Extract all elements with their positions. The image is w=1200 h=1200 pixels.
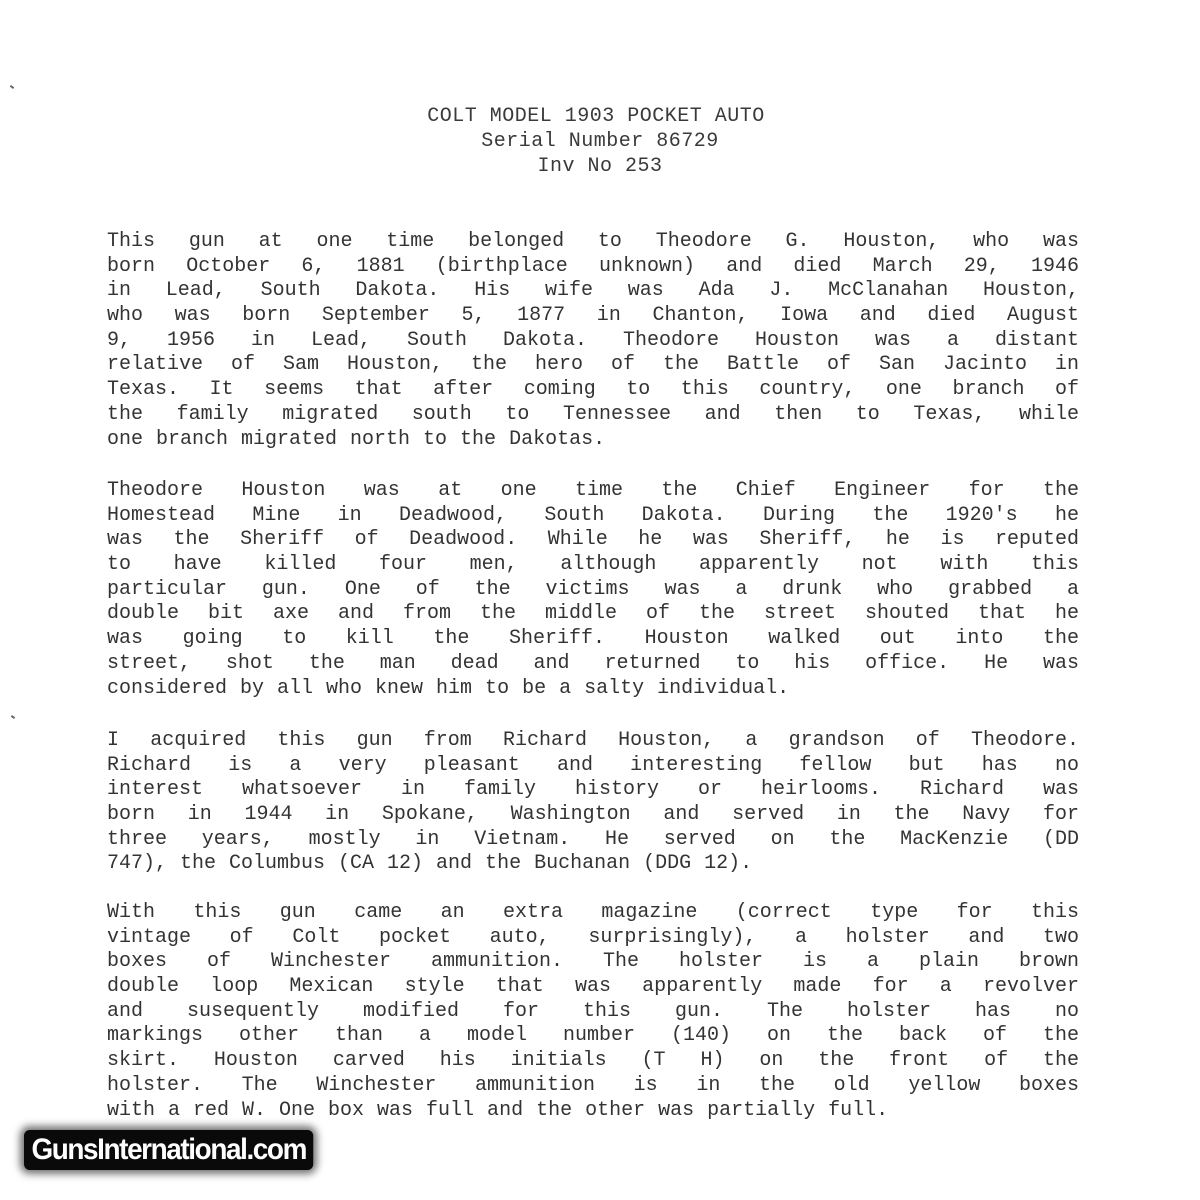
serial-number: Serial Number 86729 bbox=[0, 129, 1200, 154]
scan-speck bbox=[10, 85, 14, 89]
text-line: born in 1944 in Spokane, Washington and … bbox=[107, 803, 1079, 828]
text-line: double bit axe and from the middle of th… bbox=[107, 602, 1079, 627]
text-line: Theodore Houston was at one time the Chi… bbox=[107, 479, 1079, 504]
text-line: 9, 1956 in Lead, South Dakota. Theodore … bbox=[107, 329, 1079, 354]
text-line: particular gun. One of the victims was a… bbox=[107, 578, 1079, 603]
text-line: Texas. It seems that after coming to thi… bbox=[107, 378, 1079, 403]
text-line: markings other than a model number (140)… bbox=[107, 1024, 1079, 1049]
gunsinternational-watermark-logo: GunsInternational.com bbox=[24, 1130, 313, 1170]
text-line: the family migrated south to Tennessee a… bbox=[107, 403, 1079, 428]
text-line: was going to kill the Sheriff. Houston w… bbox=[107, 627, 1079, 652]
text-line: one branch migrated north to the Dakotas… bbox=[107, 428, 1079, 453]
text-line: interest whatsoever in family history or… bbox=[107, 778, 1079, 803]
document-title: COLT MODEL 1903 POCKET AUTO bbox=[0, 104, 1200, 129]
text-line: three years, mostly in Vietnam. He serve… bbox=[107, 828, 1079, 853]
paragraph-accessories: With this gun came an extra magazine (co… bbox=[107, 901, 1079, 1123]
text-line: boxes of Winchester ammunition. The hols… bbox=[107, 950, 1079, 975]
text-line: This gun at one time belonged to Theodor… bbox=[107, 230, 1079, 255]
text-line: With this gun came an extra magazine (co… bbox=[107, 901, 1079, 926]
text-line: double loop Mexican style that was appar… bbox=[107, 975, 1079, 1000]
paragraph-theodore-houston-biography: This gun at one time belonged to Theodor… bbox=[107, 230, 1079, 452]
text-line: street, shot the man dead and returned t… bbox=[107, 652, 1079, 677]
text-line: 747), the Columbus (CA 12) and the Bucha… bbox=[107, 852, 1079, 877]
inventory-number: Inv No 253 bbox=[0, 154, 1200, 179]
text-line: skirt. Houston carved his initials (T H)… bbox=[107, 1049, 1079, 1074]
paragraph-sheriff-history: Theodore Houston was at one time the Chi… bbox=[107, 479, 1079, 701]
text-line: and susequently modified for this gun. T… bbox=[107, 1000, 1079, 1025]
document-header: COLT MODEL 1903 POCKET AUTO Serial Numbe… bbox=[0, 104, 1200, 179]
text-line: holster. The Winchester ammunition is in… bbox=[107, 1074, 1079, 1099]
paragraph-acquisition: I acquired this gun from Richard Houston… bbox=[107, 729, 1079, 877]
text-line: Richard is a very pleasant and interesti… bbox=[107, 754, 1079, 779]
scan-speck bbox=[11, 715, 15, 719]
text-line: with a red W. One box was full and the o… bbox=[107, 1099, 1079, 1124]
text-line: to have killed four men, although appare… bbox=[107, 553, 1079, 578]
text-line: in Lead, South Dakota. His wife was Ada … bbox=[107, 279, 1079, 304]
text-line: born October 6, 1881 (birthplace unknown… bbox=[107, 255, 1079, 280]
text-line: relative of Sam Houston, the hero of the… bbox=[107, 353, 1079, 378]
text-line: Homestead Mine in Deadwood, South Dakota… bbox=[107, 504, 1079, 529]
text-line: who was born September 5, 1877 in Chanto… bbox=[107, 304, 1079, 329]
text-line: considered by all who knew him to be a s… bbox=[107, 677, 1079, 702]
text-line: was the Sheriff of Deadwood. While he wa… bbox=[107, 528, 1079, 553]
text-line: I acquired this gun from Richard Houston… bbox=[107, 729, 1079, 754]
text-line: vintage of Colt pocket auto, surprisingl… bbox=[107, 926, 1079, 951]
